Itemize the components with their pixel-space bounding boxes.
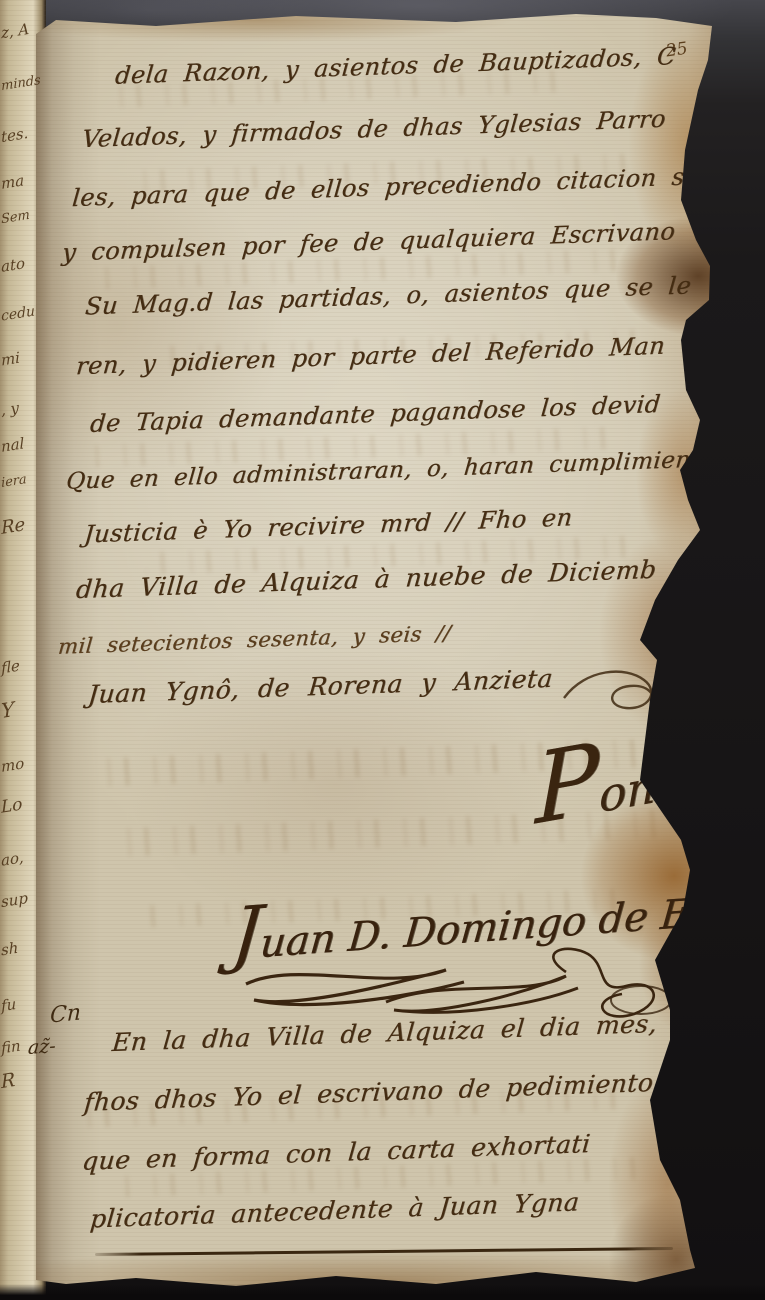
previous-page-fragment: z, A <box>1 20 30 42</box>
previous-page-fragment: Y <box>0 697 14 723</box>
previous-page-fragment: , y <box>1 399 20 420</box>
previous-page-fragment: nal <box>1 434 25 456</box>
marginal-mark-bottom: az̃- <box>27 1035 56 1059</box>
previous-page-fragment: ato <box>1 254 26 276</box>
previous-page-fragment: sh <box>1 939 19 960</box>
previous-page-fragment: Lo <box>1 794 23 817</box>
previous-page-fragment: minds <box>1 73 41 94</box>
previous-page-fragment: mi <box>1 348 21 369</box>
manuscript-page: 25 dela Razon, y asientos de Bauptizados… <box>36 4 728 1296</box>
previous-page-fragment: R <box>1 1069 16 1093</box>
bottom-shadow <box>0 1284 765 1300</box>
previous-page-fragment: sup <box>1 889 29 911</box>
marginal-mark-top: Cn <box>50 1000 82 1028</box>
previous-page-fragment: ma <box>1 171 25 193</box>
previous-page-fragment: iera <box>1 472 27 491</box>
photograph-scene: z, A minds tes. ma Sem ato cedu mi , y n… <box>0 0 765 1300</box>
previous-page-fragment: tes. <box>1 124 29 146</box>
previous-page-fragment: fu <box>1 995 17 1015</box>
previous-page-fragment: fle <box>1 656 21 677</box>
previous-page-fragment: Sem <box>1 208 30 228</box>
previous-page-fragment: mo <box>1 754 25 776</box>
previous-page-fragment: Re <box>1 514 26 539</box>
previous-page-fragment: ao, <box>1 848 24 870</box>
previous-page-fragment: cedu <box>1 303 36 324</box>
previous-page-fragment: fin <box>1 1036 21 1057</box>
